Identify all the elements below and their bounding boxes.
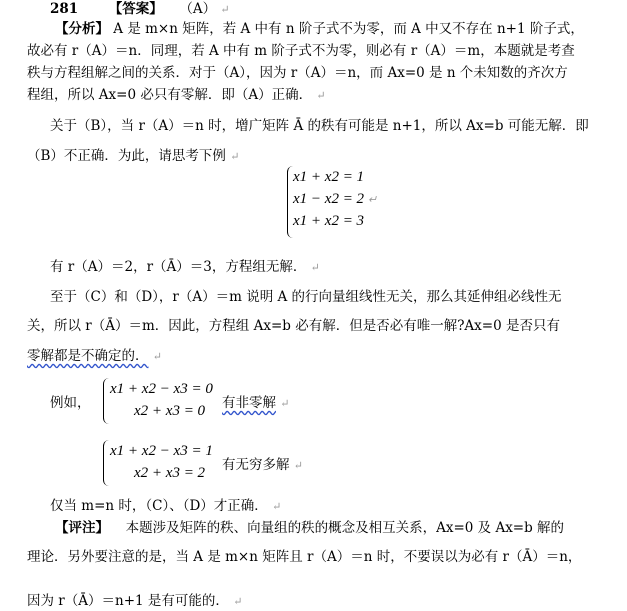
brace-system-2 [103,378,110,424]
paragraph-mark: ↵ [233,595,242,608]
para-cd-line-2: 关，所以 r（Ā）＝m．因此，方程组 Ax=b 必有解．但是否必有唯一解?Ax=… [27,317,560,335]
paragraph-mark: ↵ [294,459,303,472]
text: A 是 m×n 矩阵，若 A 中有 n 阶子式不为零，而 A 中又不存在 n+1… [113,21,584,37]
system-2-note: 有非零解 ↵ [222,394,290,413]
equation: x1 + x2 − x3 = 0 [110,378,213,400]
paragraph-mark: ↵ [368,194,377,206]
paragraph-mark: ↵ [316,89,325,102]
answer-header: 281 【答案】 （A） ↵ [50,0,230,19]
para-cd-line-1: 至于（C）和（D），r（A）＝m 说明 A 的行向量组线性无关，那么其延伸组必线… [50,288,562,306]
equation: x2 + x3 = 2 [110,462,213,484]
para-b-line-1: 关于（B），当 r（A）＝n 时，增广矩阵 Ā 的秩有可能是 n+1，所以 Ax… [50,117,589,135]
text: x1 − x2 = 2 [293,191,364,207]
text: 程组，所以 Ax=0 必只有零解．即（A）正确． [27,87,312,103]
example-label: 例如， [50,394,91,412]
equation-system-1: x1 + x2 = 1 x1 − x2 = 2 ↵ x1 + x2 = 3 [293,166,377,232]
analysis-tag: 【分析】 [55,21,109,37]
para-b-line-2: （B）不正确．为此，请思考下例 ↵ [27,147,239,166]
question-number: 281 [50,1,78,17]
answer-value: （A） [179,1,216,17]
analysis-line-1: 【分析】 A 是 m×n 矩阵，若 A 中有 n 阶子式不为零，而 A 中又不存… [55,20,584,38]
analysis-line-2: 故必有 r（A）＝n．同理，若 A 中有 m 阶子式不为零，则必有 r（A）＝m… [27,42,575,60]
equation-system-2: x1 + x2 − x3 = 0 x2 + x3 = 0 [110,378,213,422]
paragraph-mark: ↵ [220,3,229,16]
text: （B）不正确．为此，请思考下例 [27,148,226,164]
equation: x1 − x2 = 2 ↵ [293,188,377,210]
para-cd-line-3: 零解都是不确定的． ↵ [27,347,162,366]
comment-line-1: 【评注】 本题涉及矩阵的秩、向量组的秩的概念及相互关系，Ax=0 及 Ax=b … [55,519,564,537]
answer-tag: 【答案】 [109,1,163,17]
paragraph-mark: ↵ [280,397,289,410]
text: 有无穷多解 [222,457,290,473]
analysis-line-4: 程组，所以 Ax=0 必只有零解．即（A）正确． ↵ [27,86,326,105]
rank-result-line: 有 r（A）＝2，r（Ā）＝3，方程组无解． ↵ [50,258,320,277]
equation: x2 + x3 = 0 [110,400,213,422]
paragraph-mark: ↵ [153,350,162,363]
text: 仅当 m=n 时，（C）、（D）才正确． [50,498,268,514]
analysis-line-3: 秩与方程组解之间的关系．对于（A），因为 r（A）＝n，而 Ax=0 是 n 个… [27,64,568,82]
text: 零解都是不确定的． [27,348,149,364]
equation-system-3: x1 + x2 − x3 = 1 x2 + x3 = 2 [110,440,213,484]
equation: x1 + x2 = 3 [293,210,377,232]
paragraph-mark: ↵ [230,150,239,163]
comment-tag: 【评注】 [55,520,109,536]
conclusion-line: 仅当 m=n 时，（C）、（D）才正确． ↵ [50,497,281,516]
text: 有非零解 [222,395,276,411]
comment-line-2: 理论．另外要注意的是，当 A 是 m×n 矩阵且 r（A）＝n 时，不要误以为必… [27,548,581,566]
equation: x1 + x2 = 1 [293,166,377,188]
text: 本题涉及矩阵的秩、向量组的秩的概念及相互关系，Ax=0 及 Ax=b 解的 [126,520,564,536]
text: 因为 r（Ā）＝n+1 是有可能的． [27,593,229,609]
brace-system-3 [103,440,110,486]
equation: x1 + x2 − x3 = 1 [110,440,213,462]
paragraph-mark: ↵ [272,500,281,513]
paragraph-mark: ↵ [311,261,320,274]
comment-line-3: 因为 r（Ā）＝n+1 是有可能的． ↵ [27,592,242,611]
text: 有 r（A）＝2，r（Ā）＝3，方程组无解． [50,259,306,275]
system-3-note: 有无穷多解 ↵ [222,456,303,475]
